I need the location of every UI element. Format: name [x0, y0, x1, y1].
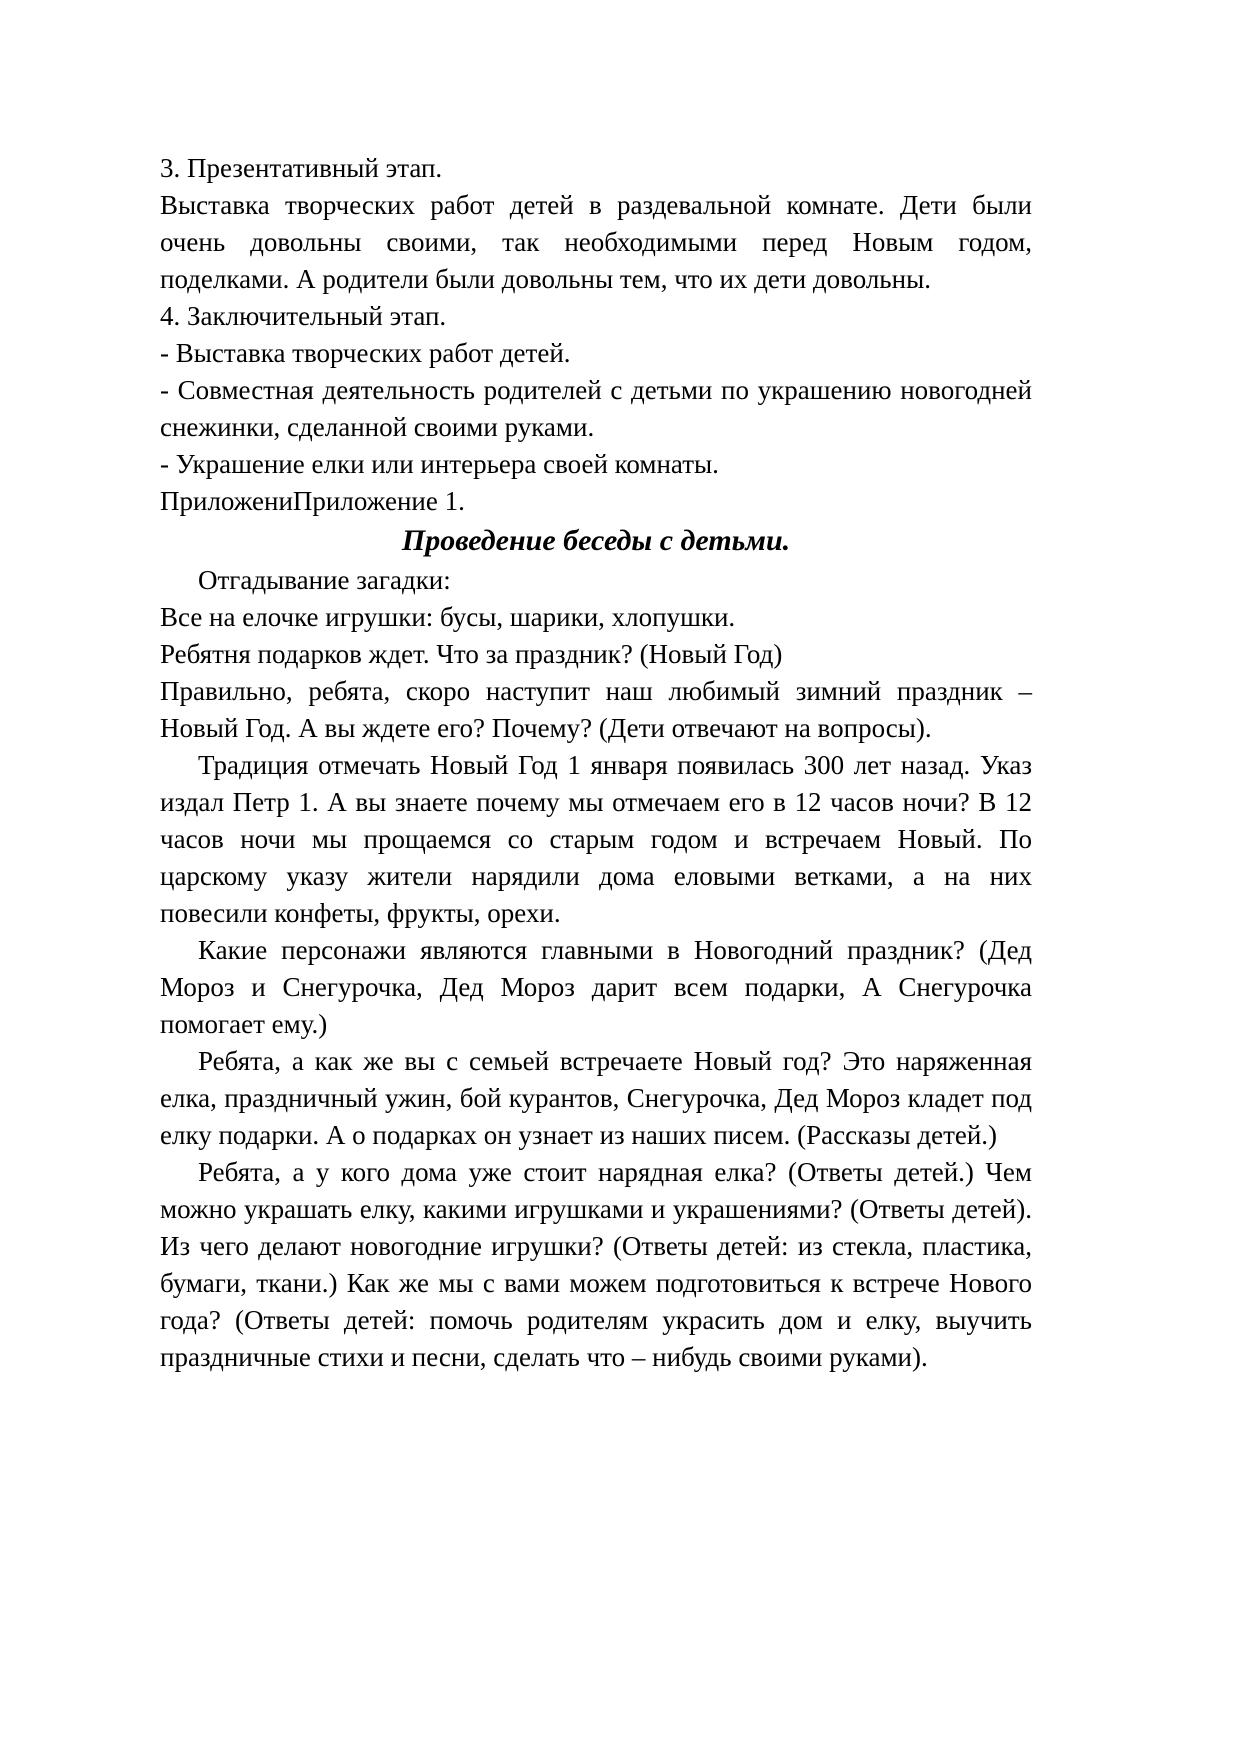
section-3-heading: 3. Презентативный этап.: [160, 150, 1032, 187]
section-3-paragraph: Выставка творческих работ детей в раздев…: [160, 187, 1032, 298]
appendix-paragraph: Ребята, а как же вы с семьей встречаете …: [160, 1043, 1032, 1154]
riddle-intro: Отгадывание загадки:: [160, 562, 1032, 599]
riddle-line: Ребятня подарков ждет. Что за праздник? …: [160, 636, 1032, 673]
riddle-answer-paragraph: Правильно, ребята, скоро наступит наш лю…: [160, 673, 1032, 747]
section-4-item: - Совместная деятельность родителей с де…: [160, 372, 1032, 446]
section-4-heading: 4. Заключительный этап.: [160, 298, 1032, 335]
appendix-label: ПриложениПриложение 1.: [160, 483, 1032, 520]
appendix-title: Проведение беседы с детьми.: [160, 520, 1032, 562]
document-page: 3. Презентативный этап. Выставка творчес…: [0, 0, 1240, 1754]
appendix-paragraph: Традиция отмечать Новый Год 1 января поя…: [160, 747, 1032, 932]
section-4-item: - Выставка творческих работ детей.: [160, 335, 1032, 372]
riddle-line: Все на елочке игрушки: бусы, шарики, хло…: [160, 599, 1032, 636]
appendix-paragraph: Какие персонажи являются главными в Ново…: [160, 932, 1032, 1043]
appendix-paragraph: Ребята, а у кого дома уже стоит нарядная…: [160, 1154, 1032, 1376]
section-4-item: - Украшение елки или интерьера своей ком…: [160, 446, 1032, 483]
